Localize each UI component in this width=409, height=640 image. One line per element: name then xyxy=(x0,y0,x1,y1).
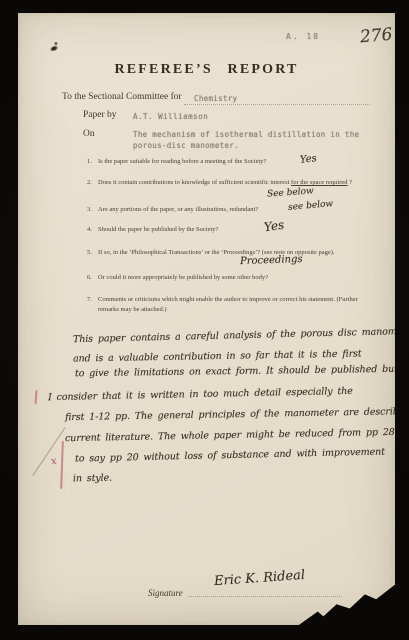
question-6: 6. Or could it more appropriately be pub… xyxy=(87,273,367,283)
question-4: 4. Should the paper be published by the … xyxy=(87,225,367,235)
paper-by-value: A.T. Williamson xyxy=(133,112,208,121)
question-4-number: 4. xyxy=(87,225,98,235)
question-1-text: Is the paper suitable for reading before… xyxy=(98,157,360,167)
answer-2: See below xyxy=(267,186,314,199)
question-4-text: Should the paper be published by the Soc… xyxy=(98,225,360,235)
answer-1: Yes xyxy=(299,153,317,166)
comment-line-8: in style. xyxy=(73,473,112,485)
form-title: REFEREE’S REPORT xyxy=(18,62,395,78)
question-7-number: 7. xyxy=(87,295,98,315)
margin-red-line xyxy=(60,441,64,489)
question-5: 5. If so, in the ‘Philosophical Transact… xyxy=(87,248,367,258)
paper-by-label: Paper by xyxy=(83,110,117,120)
question-7-text: Comments or criticisms which might enabl… xyxy=(98,295,360,315)
reference-stamp: A. 18 xyxy=(286,32,320,41)
subject-line1: The mechanism of isothermal distillation… xyxy=(133,130,359,139)
comment-line-3: to give the limitations on exact form. I… xyxy=(75,364,398,380)
question-2-text-underlined: for the space required xyxy=(291,179,348,186)
margin-x-mark: x xyxy=(50,456,57,468)
question-6-number: 6. xyxy=(87,273,98,283)
question-5-text: If so, in the ‘Philosophical Transaction… xyxy=(98,248,360,258)
subject-label: On xyxy=(83,129,95,139)
comment-line-4: I consider that it is written in too muc… xyxy=(48,386,353,403)
question-3-number: 3. xyxy=(87,205,98,215)
ink-blot xyxy=(49,45,58,52)
question-1-number: 1. xyxy=(87,157,98,167)
question-5-number: 5. xyxy=(87,248,98,258)
question-6-text: Or could it more appropriately be publis… xyxy=(98,273,360,283)
question-2-number: 2. xyxy=(87,178,98,188)
question-7: 7. Comments or criticisms which might en… xyxy=(87,295,367,315)
folio-number: 276 xyxy=(359,25,393,48)
margin-tick-mark xyxy=(35,390,38,404)
question-2-text-post: ? xyxy=(348,179,353,186)
signature-fill-line xyxy=(188,585,342,597)
question-2-text: Does it contain contributions to knowled… xyxy=(98,178,360,188)
comment-line-1: This paper contains a careful analysis o… xyxy=(73,326,409,345)
answer-4: Yes xyxy=(263,218,285,235)
comment-line-6: current literature. The whole paper migh… xyxy=(65,427,395,444)
comment-line-5: first 1-12 pp. The general principles of… xyxy=(65,406,409,423)
answer-5: Proceedings xyxy=(240,254,303,267)
comment-line-7: to say pp 20 without loss of substance a… xyxy=(75,446,385,464)
subject-line2: porous-disc manometer. xyxy=(133,141,239,150)
scan-background: A. 18 276 REFEREE’S REPORT To the Sectio… xyxy=(0,0,409,640)
question-2: 2. Does it contain contributions to know… xyxy=(87,178,367,188)
signature-label: Signature xyxy=(148,588,183,598)
question-1: 1. Is the paper suitable for reading bef… xyxy=(87,157,367,167)
committee-value: Chemistry xyxy=(194,94,237,103)
comment-line-2: and is a valuable contribution in so far… xyxy=(73,348,362,364)
committee-label: To the Sectional Committee for xyxy=(62,92,182,102)
question-2-text-pre: Does it contain contributions to knowled… xyxy=(98,179,291,186)
referee-report-page: A. 18 276 REFEREE’S REPORT To the Sectio… xyxy=(18,13,395,625)
